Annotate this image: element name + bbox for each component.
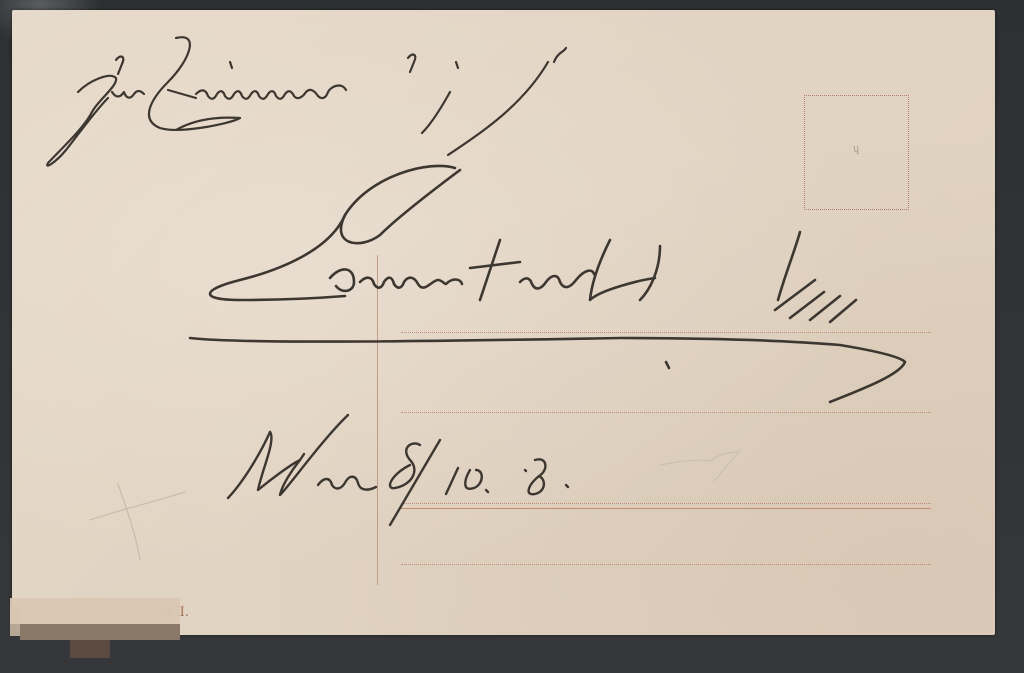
- redacted-region: [10, 598, 180, 624]
- redacted-region: [20, 624, 180, 640]
- handwritten-signature: [190, 166, 905, 402]
- handwritten-place-date: [228, 415, 568, 525]
- handwritten-greeting: [47, 37, 566, 165]
- redacted-region: [70, 640, 110, 658]
- handwriting-ink: [0, 0, 1024, 673]
- pencil-mark: [90, 484, 185, 560]
- faint-pencil-scribble: [660, 451, 740, 481]
